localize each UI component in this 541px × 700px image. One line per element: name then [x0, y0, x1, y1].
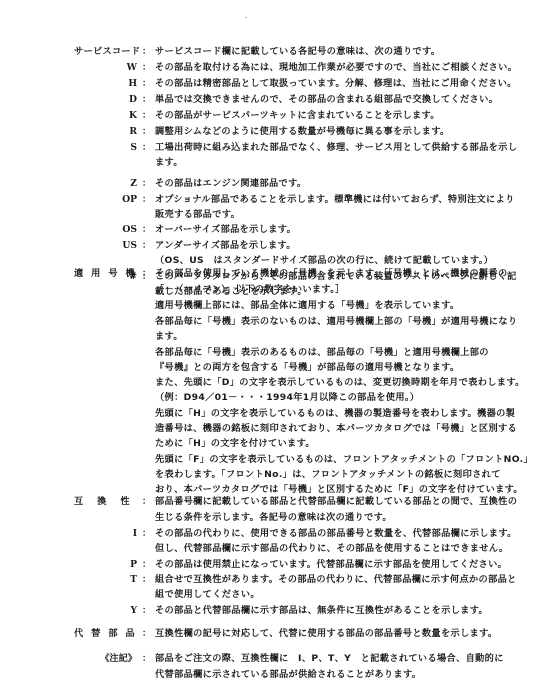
- colon: ：: [142, 651, 151, 666]
- note-row: 《注記》 ： 部品をご注文の際、互換性欄に I、P、T、Y と記載されている場合…: [0, 651, 541, 666]
- note-label: 《注記》: [100, 651, 137, 666]
- note-section: 《注記》 ： 部品をご注文の際、互換性欄に I、P、T、Y と記載されている場合…: [0, 0, 541, 700]
- note-text-continued: 代替部品欄に示されている部品が供給されることがあります。: [155, 667, 421, 682]
- note-text: 部品をご注文の際、互換性欄に I、P、T、Y と記載されている場合、自動的に: [155, 651, 504, 666]
- note-row-cont: 代替部品欄に示されている部品が供給されることがあります。: [0, 667, 541, 682]
